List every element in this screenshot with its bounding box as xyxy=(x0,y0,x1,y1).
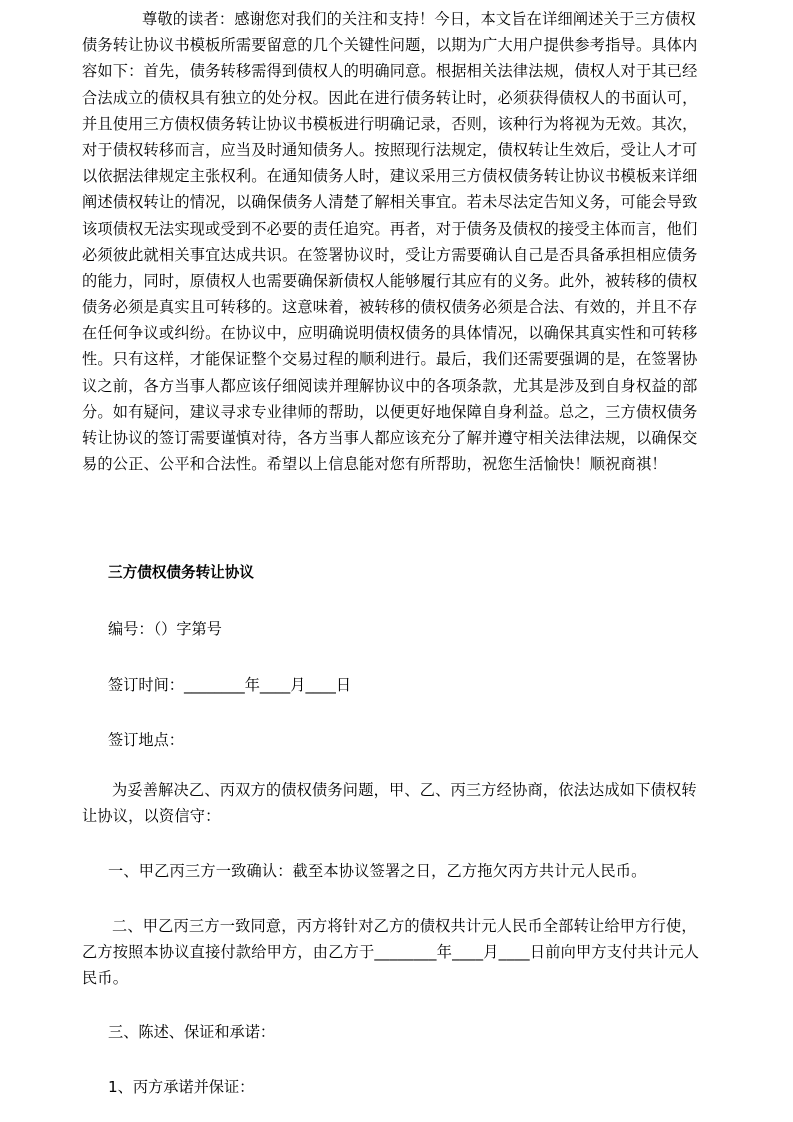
clause-2-line: 二、甲乙丙三方一致同意，丙方将针对乙方的债权共计元人民币全部转让给甲方行使， xyxy=(82,913,742,939)
intro-line: 容如下：首先，债务转移需得到债权人的明确同意。根据相关法律法规，债权人对于其已经 xyxy=(82,58,730,84)
intro-paragraph: 尊敬的读者：感谢您对我们的关注和支持！今日，本文旨在详细阐述关于三方债权 债务转… xyxy=(82,6,730,477)
intro-line: 阐述债权转让的情况，以确保债务人清楚了解相关事宜。若未尽法定告知义务，可能会导致 xyxy=(82,189,730,215)
intro-line: 分。如有疑问，建议寻求专业律师的帮助，以便更好地保障自身利益。总之，三方债权债务 xyxy=(82,399,730,425)
agreement-number: 编号：（）字第号 xyxy=(108,616,222,642)
clause-3-item-1: 1、丙方承诺并保证： xyxy=(108,1074,254,1100)
intro-line: 债务必须是真实且可转移的。这意味着，被转移的债权债务必须是合法、有效的，并且不存 xyxy=(82,294,730,320)
clause-1: 一、甲乙丙三方一致确认：截至本协议签署之日，乙方拖欠丙方共计元人民币。 xyxy=(82,858,742,884)
intro-line: 在任何争议或纠纷。在协议中，应明确说明债权债务的具体情况，以确保其真实性和可转移 xyxy=(82,320,730,346)
sign-place: 签订地点： xyxy=(108,727,184,753)
preamble-line: 为妥善解决乙、丙双方的债权债务问题，甲、乙、丙三方经协商，依法达成如下债权转 xyxy=(82,777,742,803)
intro-line: 对于债权转移而言，应当及时通知债务人。按照现行法规定，债权转让生效后，受让人才可 xyxy=(82,137,730,163)
intro-line: 议之前，各方当事人都应该仔细阅读并理解协议中的各项条款，尤其是涉及到自身权益的部 xyxy=(82,373,730,399)
agreement-title: 三方债权债务转让协议 xyxy=(108,560,254,586)
intro-line: 性。只有这样，才能保证整个交易过程的顺利进行。最后，我们还需要强调的是，在签署协 xyxy=(82,346,730,372)
intro-line: 的能力，同时，原债权人也需要确保新债权人能够履行其应有的义务。此外，被转移的债权 xyxy=(82,268,730,294)
clause-2: 二、甲乙丙三方一致同意，丙方将针对乙方的债权共计元人民币全部转让给甲方行使， 乙… xyxy=(82,913,742,991)
intro-line: 以依据法律规定主张权利。在通知债务人时，建议采用三方债权债务转让协议书模板来详细 xyxy=(82,163,730,189)
sign-time: 签订时间：________年____月____日 xyxy=(108,672,351,698)
intro-line: 债务转让协议书模板所需要留意的几个关键性问题，以期为广大用户提供参考指导。具体内 xyxy=(82,32,730,58)
intro-line: 并且使用三方债权债务转让协议书模板进行明确记录，否则，该种行为将视为无效。其次， xyxy=(82,111,730,137)
clause-1-line: 一、甲乙丙三方一致确认：截至本协议签署之日，乙方拖欠丙方共计元人民币。 xyxy=(82,858,742,884)
preamble-line: 让协议，以资信守： xyxy=(82,803,742,829)
clause-2-line: 民币。 xyxy=(82,965,742,991)
clause-2-line: 乙方按照本协议直接付款给甲方，由乙方于________年____月____日前向… xyxy=(82,939,742,965)
intro-line: 易的公正、公平和合法性。希望以上信息能对您有所帮助，祝您生活愉快！顺祝商祺！ xyxy=(82,451,730,477)
clause-3-heading: 三、陈述、保证和承诺： xyxy=(108,1019,275,1045)
intro-line: 尊敬的读者：感谢您对我们的关注和支持！今日，本文旨在详细阐述关于三方债权 xyxy=(82,6,730,32)
intro-line: 该项债权无法实现或受到不必要的责任追究。再者，对于债务及债权的接受主体而言，他们 xyxy=(82,216,730,242)
intro-line: 必须彼此就相关事宜达成共识。在签署协议时，受让方需要确认自己是否具备承担相应债务 xyxy=(82,242,730,268)
document-page: 尊敬的读者：感谢您对我们的关注和支持！今日，本文旨在详细阐述关于三方债权 债务转… xyxy=(0,0,793,1122)
intro-line: 合法成立的债权具有独立的处分权。因此在进行债务转让时，必须获得债权人的书面认可， xyxy=(82,85,730,111)
preamble-paragraph: 为妥善解决乙、丙双方的债权债务问题，甲、乙、丙三方经协商，依法达成如下债权转 让… xyxy=(82,777,742,829)
intro-line: 转让协议的签订需要谨慎对待，各方当事人都应该充分了解并遵守相关法律法规，以确保交 xyxy=(82,425,730,451)
